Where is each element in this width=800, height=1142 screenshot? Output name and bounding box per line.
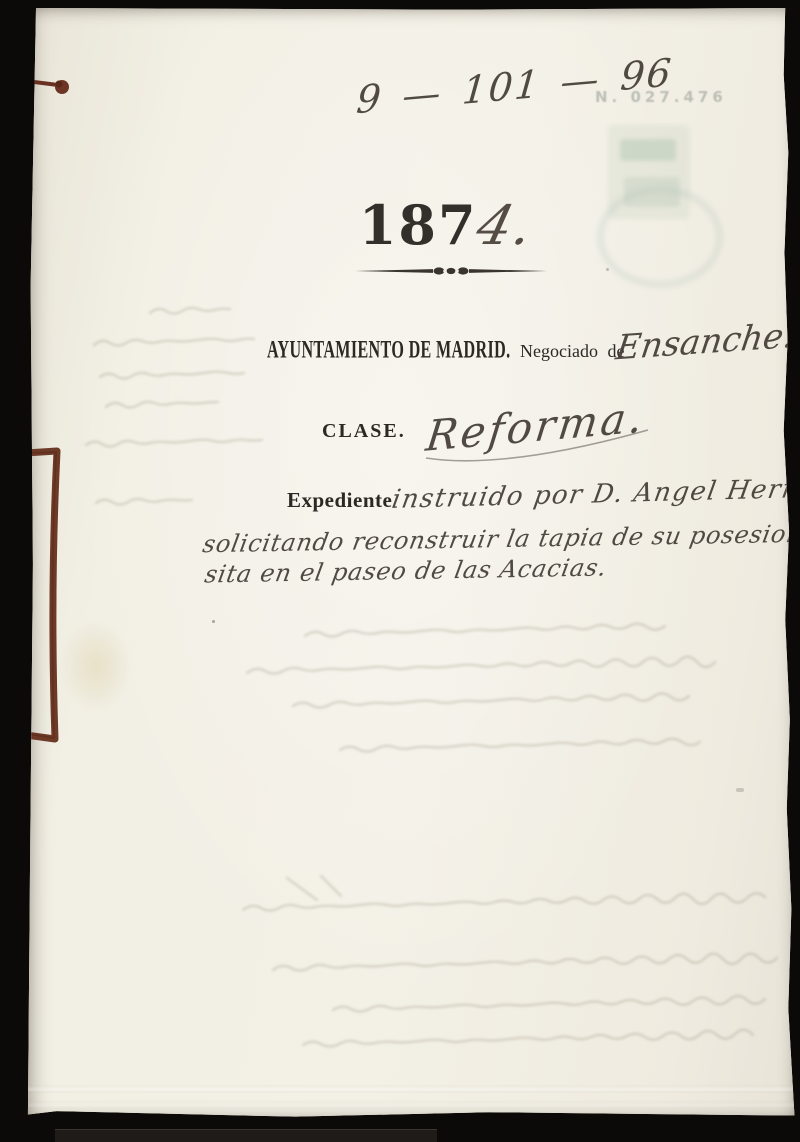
binding-thread-knot: [34, 70, 78, 100]
document-page: N. 027.476 9 — 101 — 96 1874. AYUNTAMIEN…: [26, 8, 796, 1120]
ghost-writing-bottom: [225, 870, 785, 1075]
binding-thread-loop: [26, 442, 72, 754]
year-printed-digits: 187: [359, 193, 478, 257]
paper-crease: [26, 1101, 796, 1109]
paper-stain: [60, 620, 132, 712]
paper-speck: [606, 268, 609, 271]
ghost-writing-middle: [235, 618, 735, 773]
paper-speck: [736, 788, 744, 792]
next-page-edge: [55, 1129, 437, 1142]
expediente-line3-handwritten: sita en el paseo de las Acacias.: [203, 553, 610, 588]
year-handwritten-digit: 4.: [471, 199, 540, 253]
pen-flourish: [420, 410, 660, 468]
expediente-line1-handwritten: instruido por D. Angel Herraiz: [390, 473, 800, 515]
negociado-value-handwritten: Ensanche.: [613, 316, 796, 369]
ghost-writing-left: [80, 295, 310, 530]
paper-speck: [212, 620, 215, 623]
expediente-label: Expediente: [287, 488, 392, 513]
reference-number: 9 — 101 — 96: [355, 50, 678, 122]
decorative-rule: [355, 264, 547, 278]
year-heading: 1874.: [356, 198, 536, 253]
negociado-label: Negociado de: [520, 341, 624, 362]
clase-label: CLASE.: [322, 420, 406, 443]
organization-title: AYUNTAMIENTO DE MADRID.: [267, 335, 510, 364]
round-stamp-ghost: [597, 186, 723, 288]
paper-crease: [26, 1085, 796, 1093]
